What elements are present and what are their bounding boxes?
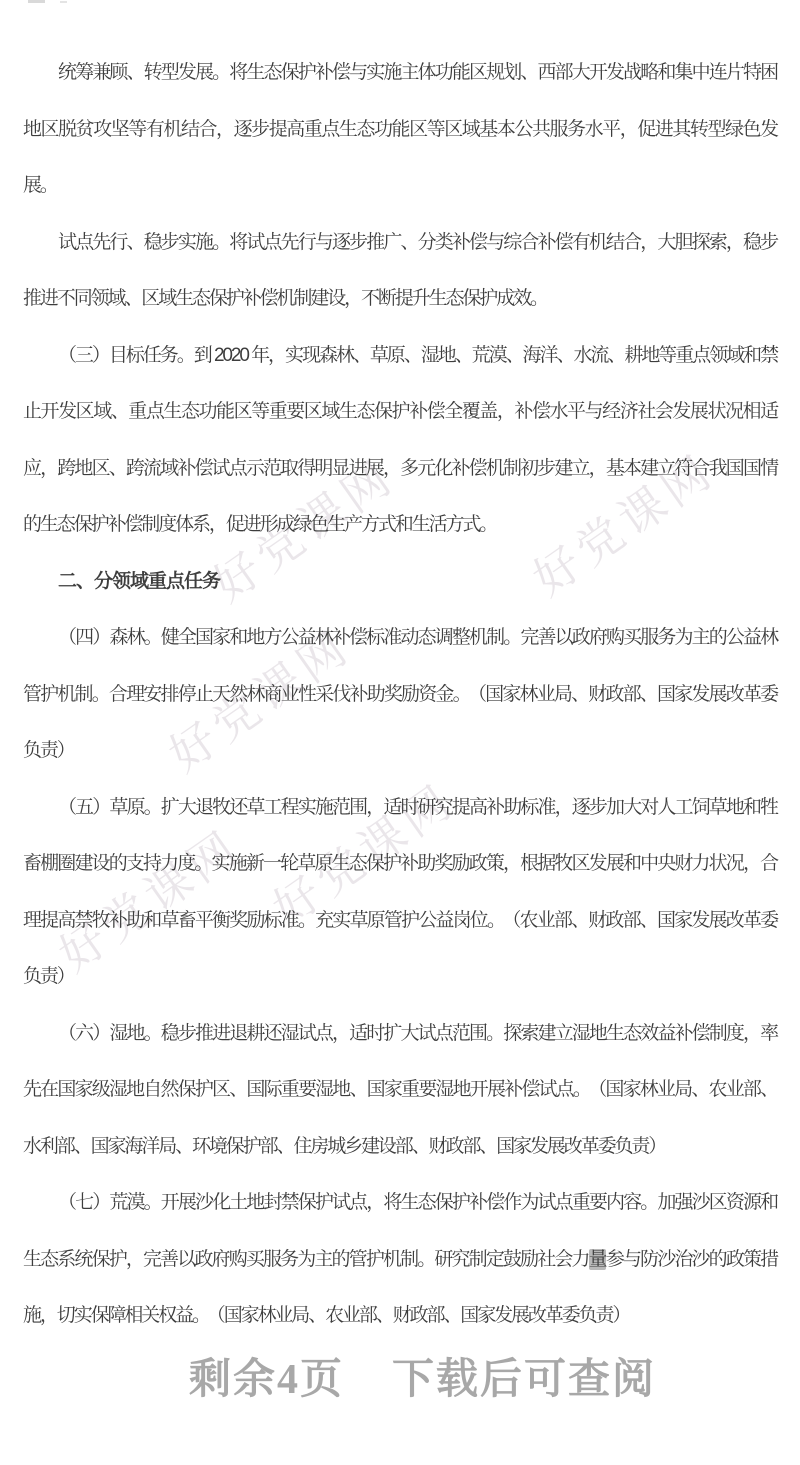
document-body: 统筹兼顾、转型发展。将生态保护补偿与实施主体功能区规划、西部大开发战略和集中连片… xyxy=(0,0,800,1345)
text-segment: （五）草原。扩大退牧还草工程实施范围，适时研究提高补助标准，逐步加大对人工饲草地… xyxy=(23,797,777,988)
pages-remaining-notice: 剩余4页下载后可查阅 xyxy=(0,1350,800,1410)
paragraph: （七）荒漠。开展沙化土地封禁保护试点，将生态保护补偿作为试点重要内容。加强沙区资… xyxy=(23,1175,777,1345)
paragraph: 统筹兼顾、转型发展。将生态保护补偿与实施主体功能区规划、西部大开发战略和集中连片… xyxy=(23,45,777,215)
paragraph: （五）草原。扩大退牧还草工程实施范围，适时研究提高补助标准，逐步加大对人工饲草地… xyxy=(23,780,777,1006)
download-hint-label: 下载后可查阅 xyxy=(392,1357,656,1403)
pages-remaining-label: 剩余4页 xyxy=(189,1357,344,1403)
paragraph: （三）目标任务。到 2020 年，实现森林、草原、湿地、荒漠、海洋、水流、耕地等… xyxy=(23,328,777,554)
paragraph: 试点先行、稳步实施。将试点先行与逐步推广、分类补偿与综合补偿有机结合，大胆探索，… xyxy=(23,215,777,328)
text-segment: （四）森林。健全国家和地方公益林补偿标准动态调整机制。完善以政府购买服务为主的公… xyxy=(23,627,777,761)
text-segment: （六）湿地。稳步推进退耕还湿试点，适时扩大试点范围。探索建立湿地生态效益补偿制度… xyxy=(23,1023,777,1157)
document-page: 好党课网好党课网好党课网好党课网好党课网 统筹兼顾、转型发展。将生态保护补偿与实… xyxy=(0,0,800,1465)
text-segment: （三）目标任务。到 2020 年，实现森林、草原、湿地、荒漠、海洋、水流、耕地等… xyxy=(23,345,777,536)
section-heading: 二、分领域重点任务 xyxy=(23,554,777,611)
paragraph: （六）湿地。稳步推进退耕还湿试点，适时扩大试点范围。探索建立湿地生态效益补偿制度… xyxy=(23,1006,777,1176)
text-segment: 统筹兼顾、转型发展。将生态保护补偿与实施主体功能区规划、西部大开发战略和集中连片… xyxy=(23,62,777,196)
text-segment: 二、分领域重点任务 xyxy=(58,571,220,592)
text-segment: 试点先行、稳步实施。将试点先行与逐步推广、分类补偿与综合补偿有机结合，大胆探索，… xyxy=(23,232,777,310)
paragraph: （四）森林。健全国家和地方公益林补偿标准动态调整机制。完善以政府购买服务为主的公… xyxy=(23,610,777,780)
highlighted-char: 量 xyxy=(589,1249,606,1270)
